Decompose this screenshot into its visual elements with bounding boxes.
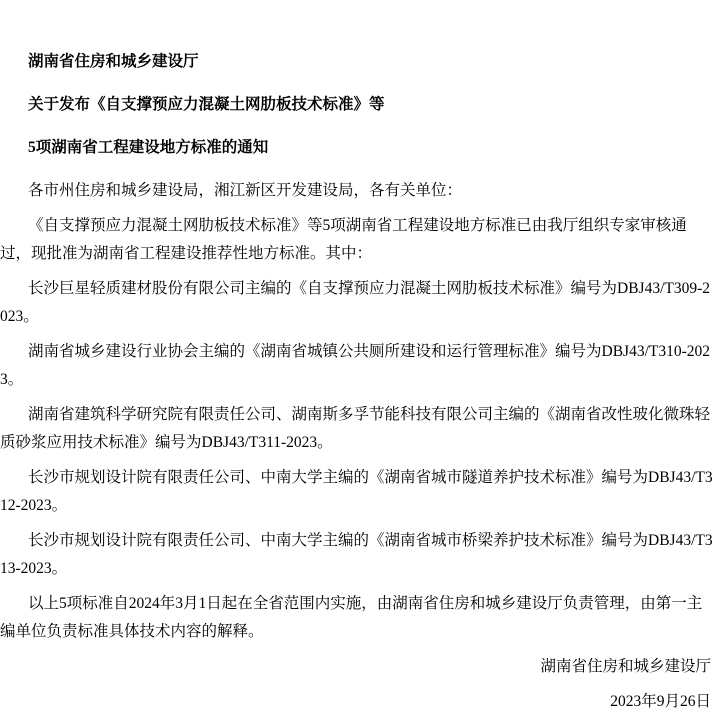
salutation-paragraph: 各市州住房和城乡建设局，湘江新区开发建设局，各有关单位：: [0, 177, 716, 205]
approval-paragraph: 《自支撑预应力混凝土网肋板技术标准》等5项湖南省工程建设地方标准已由我厅组织专家…: [0, 212, 716, 268]
notice-header: 湖南省住房和城乡建设厅 关于发布《自支撑预应力混凝土网肋板技术标准》等 5项湖南…: [0, 48, 716, 162]
notice-signature-block: 湖南省住房和城乡建设厅 2023年9月26日: [0, 653, 716, 714]
implementation-paragraph: 以上5项标准自2024年3月1日起在全省范围内实施，由湖南省住房和城乡建设厅负责…: [0, 590, 716, 646]
standard-item-t309: 长沙巨星轻质建材股份有限公司主编的《自支撑预应力混凝土网肋板技术标准》编号为DB…: [0, 275, 716, 331]
standard-item-t310: 湖南省城乡建设行业协会主编的《湖南省城镇公共厕所建设和运行管理标准》编号为DBJ…: [0, 338, 716, 394]
issuing-agency-title: 湖南省住房和城乡建设厅: [0, 48, 716, 76]
standard-item-t311: 湖南省建筑科学研究院有限责任公司、湖南斯多孚节能科技有限公司主编的《湖南省改性玻…: [0, 401, 716, 457]
notice-title-line-1: 关于发布《自支撑预应力混凝土网肋板技术标准》等: [0, 91, 716, 119]
signature-agency: 湖南省住房和城乡建设厅: [0, 653, 716, 681]
notice-document: 湖南省住房和城乡建设厅 关于发布《自支撑预应力混凝土网肋板技术标准》等 5项湖南…: [0, 0, 718, 714]
notice-title-line-2: 5项湖南省工程建设地方标准的通知: [0, 134, 716, 162]
standard-item-t313: 长沙市规划设计院有限责任公司、中南大学主编的《湖南省城市桥梁养护技术标准》编号为…: [0, 527, 716, 583]
standard-item-t312: 长沙市规划设计院有限责任公司、中南大学主编的《湖南省城市隧道养护技术标准》编号为…: [0, 464, 716, 520]
notice-body: 各市州住房和城乡建设局，湘江新区开发建设局，各有关单位： 《自支撑预应力混凝土网…: [0, 177, 716, 646]
signature-date: 2023年9月26日: [0, 688, 716, 714]
